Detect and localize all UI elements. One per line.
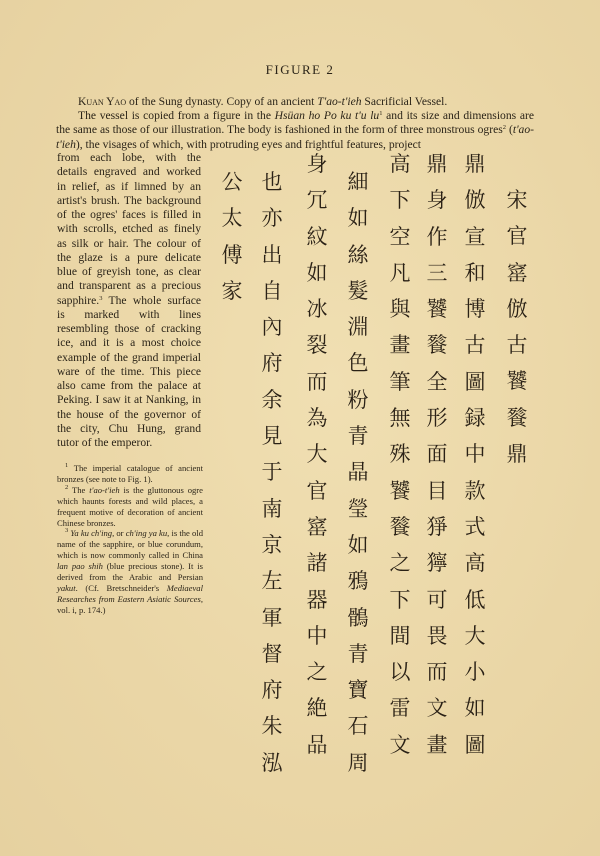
chinese-character: 冗 [307,182,328,218]
chinese-character: 間 [390,618,411,654]
chinese-character: 細 [348,164,369,200]
chinese-character: 高 [465,545,486,581]
chinese-character: 見 [262,418,283,454]
chinese-character: 與 [390,291,411,327]
chinese-column: 鼎倣宣和博古圖録中款式高低大小如圖 [460,146,490,763]
chinese-character: 府 [262,345,283,381]
chinese-column: 鼎身作三饕餮全形面目猙獰可畏而文畫 [422,146,452,763]
chinese-character: 殊 [390,436,411,472]
chinese-character: 寶 [348,672,369,708]
chinese-character: 紋 [307,219,328,255]
chinese-character: 如 [348,200,369,236]
chinese-character: 雷 [390,690,411,726]
chinese-character: 中 [307,618,328,654]
chinese-character: 南 [262,491,283,527]
chinese-character: 諸 [307,545,328,581]
chinese-character: 晶 [348,454,369,490]
chinese-character: 器 [307,582,328,618]
chinese-character: 款 [465,473,486,509]
chinese-character: 録 [465,400,486,436]
chinese-character: 而 [427,654,448,690]
chinese-column: 高下空凡與畫筆無殊饕餮之下間以雷文 [385,146,415,763]
chinese-character: 軍 [262,600,283,636]
footnotes: 1 The imperial catalogue of ancient bron… [57,463,203,616]
chinese-character: 石 [348,708,369,744]
chinese-character: 絶 [307,690,328,726]
chinese-character: 冰 [307,291,328,327]
chinese-character: 身 [427,182,448,218]
chinese-character: 文 [390,727,411,763]
chinese-character: 自 [262,273,283,309]
chinese-character: 饕 [390,473,411,509]
chinese-column: 細如絲髮淵色粉青晶瑩如鴉鶻青寶石周 [343,164,373,781]
chinese-character: 以 [390,654,411,690]
chinese-character: 無 [390,400,411,436]
chinese-character: 太 [222,200,243,236]
chinese-character: 官 [507,218,528,254]
chinese-character: 如 [348,527,369,563]
footnote-ref-2: 2 [503,124,506,131]
chinese-character: 倣 [465,182,486,218]
chinese-character: 畫 [390,327,411,363]
chinese-character: 文 [427,690,448,726]
chinese-character: 餮 [507,400,528,436]
chinese-character: 目 [427,473,448,509]
chinese-character: 府 [262,672,283,708]
chinese-character: 宋 [507,182,528,218]
chinese-character: 品 [307,727,328,763]
chinese-character: 內 [262,309,283,345]
chinese-character: 余 [262,382,283,418]
footnote-3: 3 Ya ku ch'ing, or ch'ing ya ku, is the … [57,528,203,615]
chinese-character: 而 [307,364,328,400]
chinese-character: 大 [307,436,328,472]
chinese-character: 獰 [427,545,448,581]
chinese-character: 絲 [348,237,369,273]
chinese-character: 鼎 [427,146,448,182]
chinese-character: 官 [307,473,328,509]
chinese-column: 公太傅家 [217,164,247,309]
chinese-character: 三 [427,255,448,291]
chinese-character: 如 [465,690,486,726]
chinese-column: 宋官窰倣古饕餮鼎 [502,182,532,472]
chinese-character: 鼎 [465,146,486,182]
chinese-character: 古 [465,327,486,363]
chinese-character: 裂 [307,327,328,363]
chinese-character: 瑩 [348,491,369,527]
chinese-character: 可 [427,582,448,618]
chinese-character: 周 [348,745,369,781]
chinese-character: 猙 [427,509,448,545]
chinese-character: 左 [262,563,283,599]
chinese-character: 圖 [465,364,486,400]
footnote-1: 1 The imperial catalogue of ancient bron… [57,463,203,485]
chinese-character: 筆 [390,364,411,400]
chinese-character: 為 [307,400,328,436]
chinese-character: 督 [262,636,283,672]
chinese-character: 高 [390,146,411,182]
chinese-character: 淵 [348,309,369,345]
chinese-character: 青 [348,418,369,454]
chinese-character: 家 [222,273,243,309]
chinese-character: 如 [307,255,328,291]
chinese-character: 之 [307,654,328,690]
chinese-character: 形 [427,400,448,436]
chinese-character: 低 [465,582,486,618]
chinese-character: 畏 [427,618,448,654]
chinese-character: 青 [348,636,369,672]
chinese-character: 圖 [465,727,486,763]
caption-smallcaps: Kuan Yao [78,95,126,108]
chinese-column: 身冗紋如冰裂而為大官窰諸器中之絶品 [302,146,332,763]
chinese-character: 博 [465,291,486,327]
chinese-character: 京 [262,527,283,563]
chinese-character: 粉 [348,382,369,418]
chinese-character: 也 [262,164,283,200]
chinese-character: 空 [390,219,411,255]
chinese-character: 饕 [427,291,448,327]
chinese-character: 亦 [262,200,283,236]
chinese-character: 畫 [427,727,448,763]
chinese-character: 面 [427,436,448,472]
side-column-text: from each lobe, with the details engrave… [57,151,201,450]
chinese-character: 之 [390,545,411,581]
chinese-character: 下 [390,582,411,618]
chinese-character: 髮 [348,273,369,309]
chinese-character: 鼎 [507,436,528,472]
figure-title: FIGURE 2 [0,62,600,78]
intro-text: Kuan Yao of the Sung dynasty. Copy of an… [56,95,534,152]
chinese-character: 朱 [262,708,283,744]
footnote-2: 2 The t'ao-t'ieh is the gluttonous ogre … [57,485,203,529]
chinese-character: 下 [390,182,411,218]
chinese-character: 小 [465,654,486,690]
chinese-character: 鴉 [348,563,369,599]
chinese-column: 也亦出自內府余見于南京左軍督府朱泓 [257,164,287,781]
chinese-character: 式 [465,509,486,545]
chinese-character: 大 [465,618,486,654]
chinese-character: 凡 [390,255,411,291]
chinese-character: 宣 [465,219,486,255]
caption-line: Kuan Yao of the Sung dynasty. Copy of an… [56,95,534,109]
chinese-character: 身 [307,146,328,182]
chinese-character: 窰 [507,255,528,291]
chinese-character: 出 [262,237,283,273]
chinese-character: 饕 [507,363,528,399]
chinese-character: 公 [222,164,243,200]
chinese-character: 餮 [427,327,448,363]
chinese-character: 泓 [262,745,283,781]
chinese-character: 和 [465,255,486,291]
chinese-character: 鶻 [348,600,369,636]
chinese-character: 餮 [390,509,411,545]
chinese-character: 色 [348,345,369,381]
chinese-character: 中 [465,436,486,472]
chinese-character: 作 [427,219,448,255]
chinese-character: 于 [262,454,283,490]
chinese-character: 全 [427,364,448,400]
chinese-character: 古 [507,327,528,363]
chinese-character: 倣 [507,291,528,327]
chinese-character: 傅 [222,237,243,273]
chinese-character: 窰 [307,509,328,545]
